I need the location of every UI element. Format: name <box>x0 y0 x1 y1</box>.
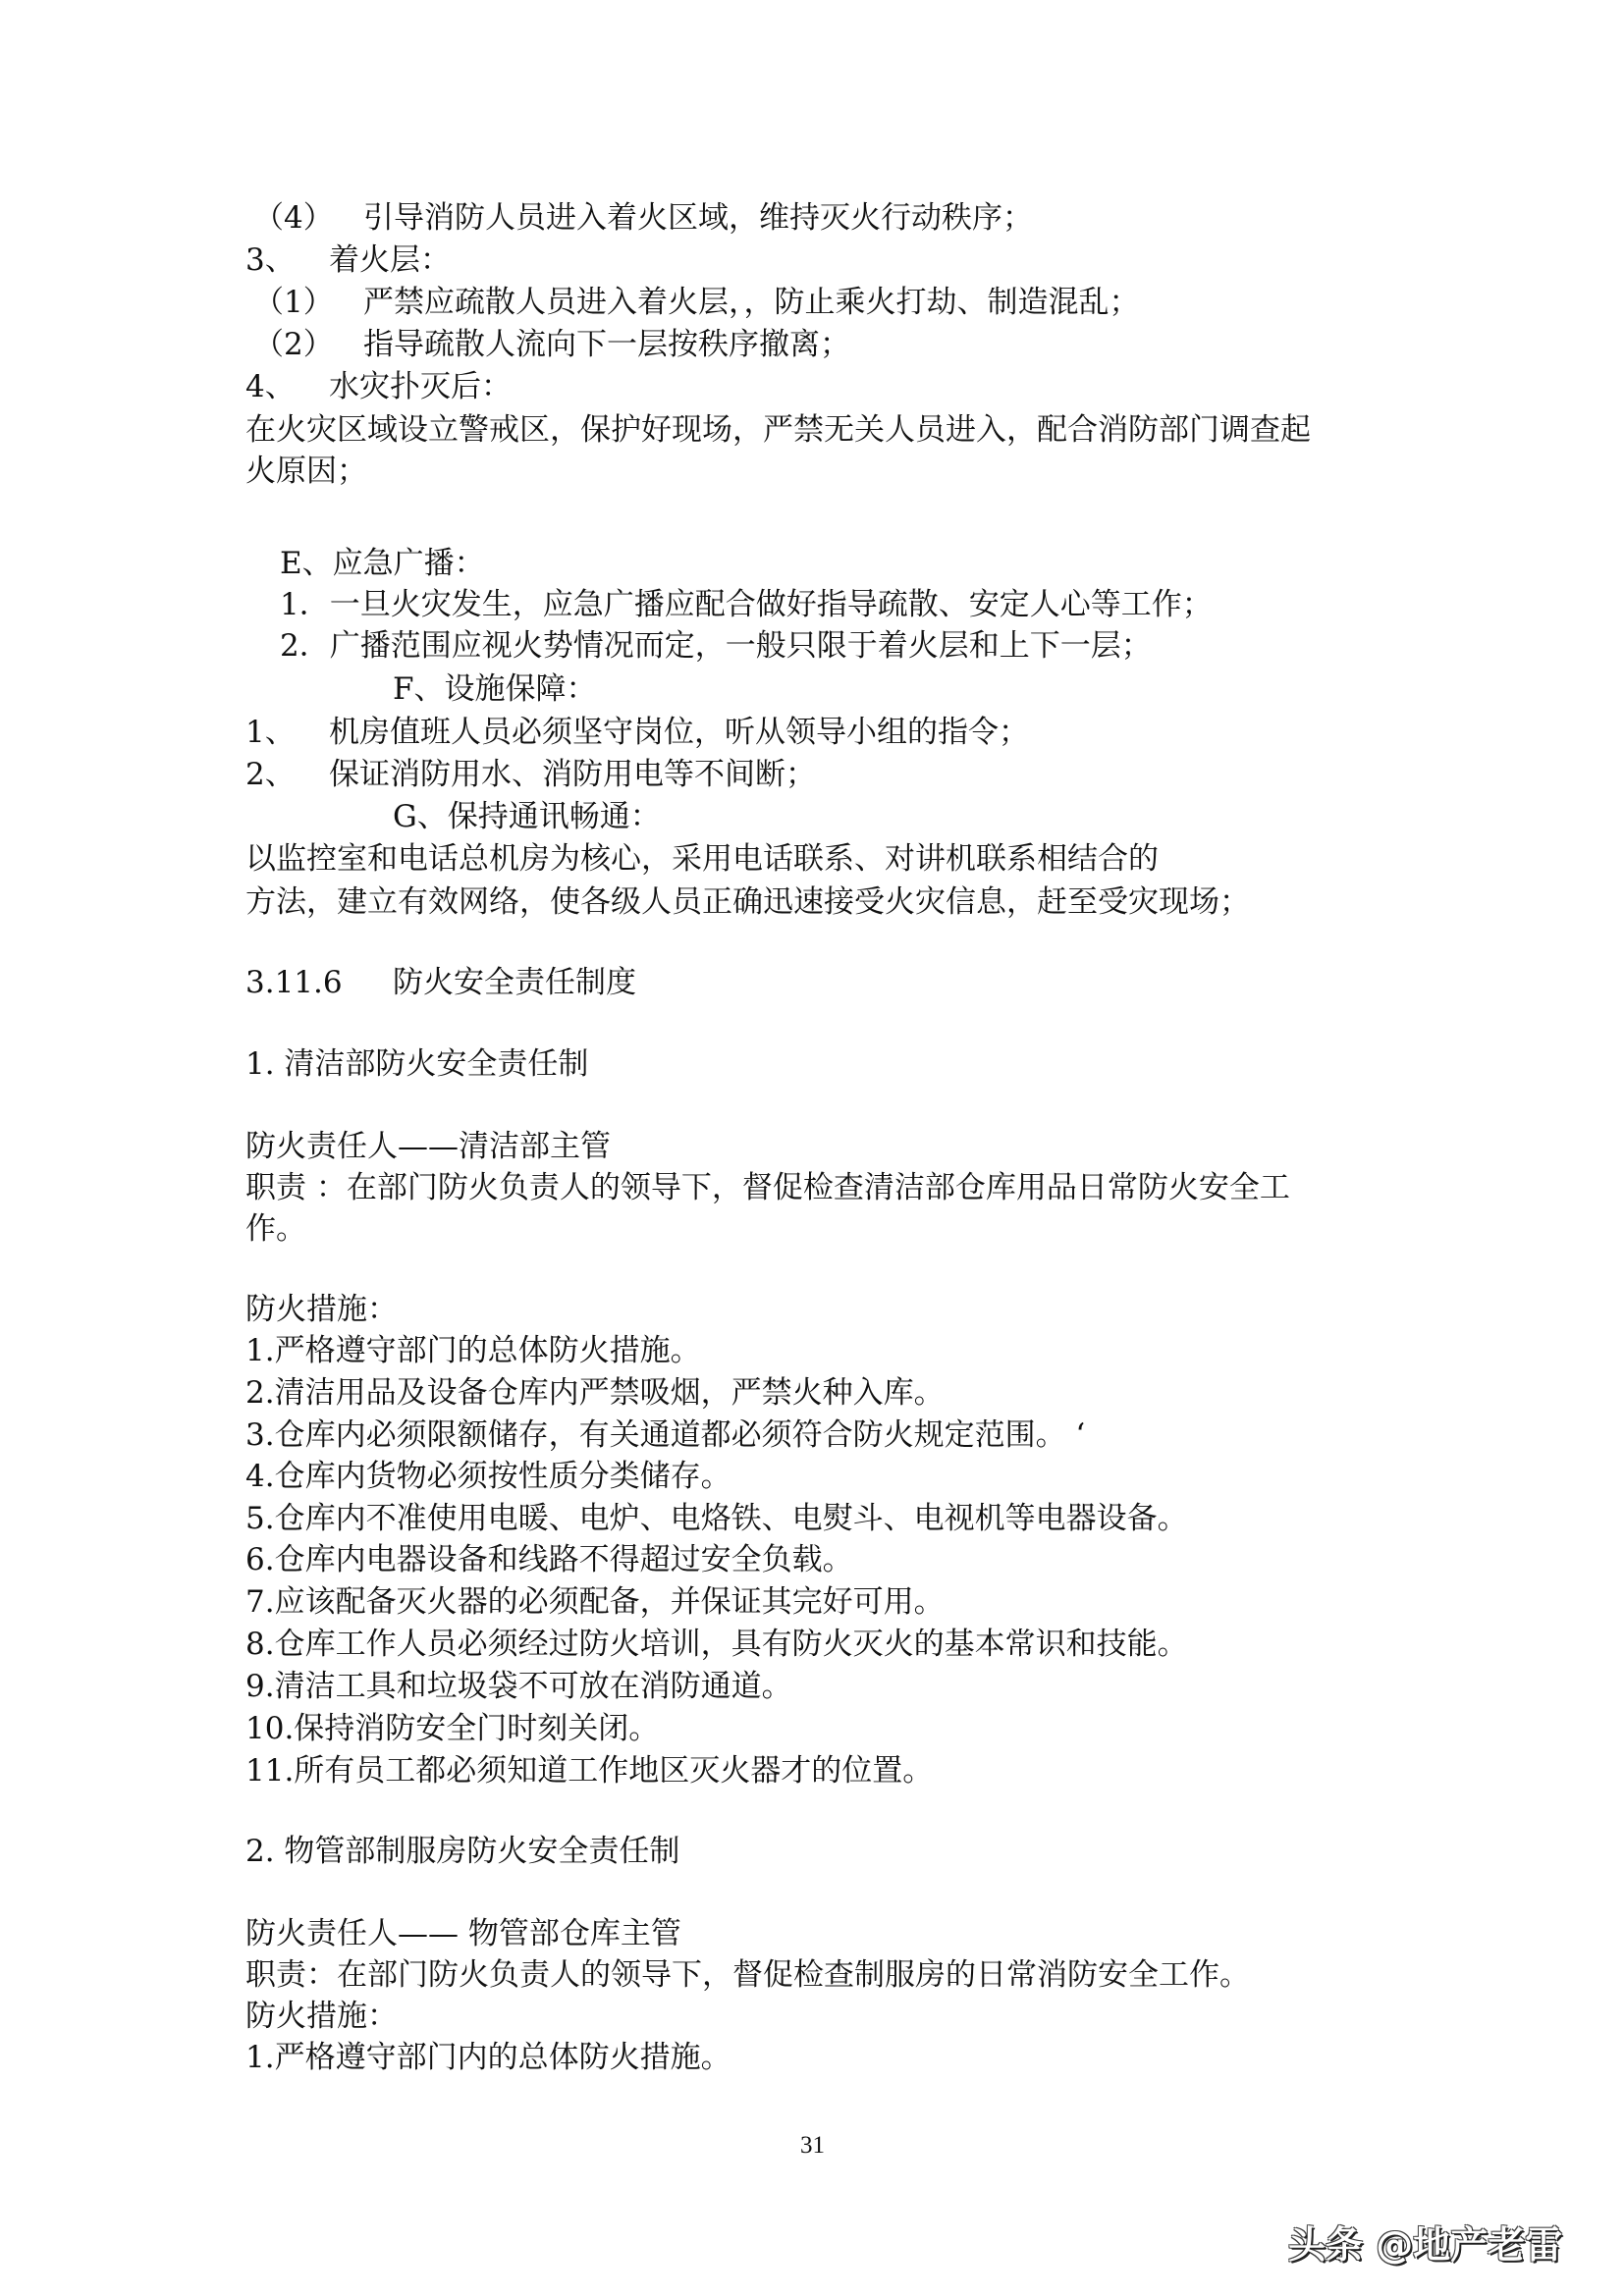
subsection-title-cleaning: 1. 清洁部防火安全责任制 <box>245 1046 588 1082</box>
paragraph-line: 火原因； <box>245 454 367 489</box>
paragraph-text: 防火责任人—— 物管部仓库主管 <box>245 1916 681 1951</box>
item-text: 严禁应疏散人员进入着火层，，防止乘火打劫、制造混乱； <box>363 285 1140 320</box>
list-item-guide-firefighters: （4）引导消防人员进入着火区域，维持灭火行动秩序； <box>253 200 1033 236</box>
item-label: 4、 <box>245 369 329 404</box>
paragraph-line: 以监控室和电话总机房为核心，采用电话联系、对讲机联系相结合的 <box>245 841 1159 877</box>
heading-fire-floor: 3、着火层： <box>245 242 451 278</box>
measure-item: 8.仓库工作人员必须经过防火培训，具有防火灭火的基本常识和技能。 <box>245 1627 1188 1662</box>
list-item: 2．广播范围应视火势情况而定，一般只限于着火层和上下一层； <box>280 628 1152 664</box>
item-text: 引导消防人员进入着火区域，维持灭火行动秩序； <box>363 200 1033 236</box>
item-label: 1、 <box>245 715 329 750</box>
heading-text: 防火措施： <box>245 1292 398 1327</box>
paragraph-text: 在火灾区域设立警戒区，保护好现场，严禁无关人员进入，配合消防部门调查起 <box>245 412 1311 448</box>
item-label: （2） <box>253 327 363 362</box>
paragraph-text: 火原因； <box>245 454 367 489</box>
paragraph-text: 以监控室和电话总机房为核心，采用电话联系、对讲机联系相结合的 <box>245 841 1159 877</box>
section-title-fire-safety-system: 3.11.6防火安全责任制度 <box>245 965 636 1000</box>
measure-item: 9.清洁工具和垃圾袋不可放在消防通道。 <box>245 1669 792 1704</box>
item-text: 5.仓库内不准使用电暖、电炉、电烙铁、电熨斗、电视机等电器设备。 <box>245 1501 1188 1536</box>
measure-item: 6.仓库内电器设备和线路不得超过安全负载。 <box>245 1542 853 1577</box>
list-item-no-entry: （1）严禁应疏散人员进入着火层，，防止乘火打劫、制造混乱； <box>253 285 1140 320</box>
item-text: 水灾扑灭后： <box>329 369 512 404</box>
measure-item: 5.仓库内不准使用电暖、电炉、电烙铁、电熨斗、电视机等电器设备。 <box>245 1501 1188 1536</box>
paragraph-text: 作。 <box>245 1211 306 1247</box>
item-text: 9.清洁工具和垃圾袋不可放在消防通道。 <box>245 1669 792 1704</box>
item-text: 8.仓库工作人员必须经过防火培训，具有防火灭火的基本常识和技能。 <box>245 1627 1188 1662</box>
heading-text: E、应急广播： <box>280 546 485 581</box>
item-text: 1．一旦火灾发生，应急广播应配合做好指导疏散、安定人心等工作； <box>280 587 1213 622</box>
measure-item: 11.所有员工都必须知道工作地区灭火器才的位置。 <box>245 1753 933 1789</box>
item-text: 6.仓库内电器设备和线路不得超过安全负载。 <box>245 1542 853 1577</box>
subsection-title-uniform-room: 2. 物管部制服房防火安全责任制 <box>245 1834 679 1869</box>
section-heading-emergency-broadcast: E、应急广播： <box>280 546 485 581</box>
paragraph-text: 防火责任人——清洁部主管 <box>245 1129 611 1164</box>
page-number: 31 <box>800 2132 825 2160</box>
section-heading-facility-guarantee: F、设施保障： <box>393 671 597 707</box>
section-title-text: 防火安全责任制度 <box>393 965 636 1000</box>
measure-item: 4.仓库内货物必须按性质分类储存。 <box>245 1459 731 1494</box>
list-item: 2、保证消防用水、消防用电等不间断； <box>245 757 816 792</box>
duty-line: 作。 <box>245 1211 306 1247</box>
item-text: 7.应该配备灭火器的必须配备，并保证其完好可用。 <box>245 1584 945 1620</box>
item-text: 4.仓库内货物必须按性质分类储存。 <box>245 1459 731 1494</box>
item-text: 10.保持消防安全门时刻关闭。 <box>245 1711 659 1746</box>
paragraph-text: 方法，建立有效网络，使各级人员正确迅速接受火灾信息，赶至受灾现场； <box>245 884 1250 920</box>
paragraph-text: 职责：在部门防火负责人的领导下，督促检查制服房的日常消防安全工作。 <box>245 1957 1250 1993</box>
paragraph-text: 职责 ：在部门防火负责人的领导下，督促检查清洁部仓库用品日常防火安全工 <box>245 1170 1290 1205</box>
item-text: 2.清洁用品及设备仓库内严禁吸烟，严禁火种入库。 <box>245 1375 945 1411</box>
measure-item: 1.严格遵守部门的总体防火措施。 <box>245 1333 701 1368</box>
measure-item: 2.清洁用品及设备仓库内严禁吸烟，严禁火种入库。 <box>245 1375 945 1411</box>
measure-item: 7.应该配备灭火器的必须配备，并保证其完好可用。 <box>245 1584 945 1620</box>
measures-heading: 防火措施： <box>245 1292 398 1327</box>
item-text: 1.严格遵守部门内的总体防火措施。 <box>245 2040 731 2075</box>
paragraph-line: 在火灾区域设立警戒区，保护好现场，严禁无关人员进入，配合消防部门调查起 <box>245 412 1311 448</box>
item-text: 3.仓库内必须限额储存，有关通道都必须符合防火规定范围。 ‘ <box>245 1417 1085 1453</box>
list-item-guide-evacuation: （2）指导疏散人流向下一层按秩序撤离； <box>253 327 850 362</box>
item-text: 1.严格遵守部门的总体防火措施。 <box>245 1333 701 1368</box>
item-text: 着火层： <box>329 242 451 278</box>
list-item: 1、机房值班人员必须坚守岗位，听从领导小组的指令； <box>245 715 1029 750</box>
heading-text: G、保持通讯畅通： <box>393 799 661 834</box>
duty-line: 职责：在部门防火负责人的领导下，督促检查制服房的日常消防安全工作。 <box>245 1957 1250 1993</box>
section-heading-communication: G、保持通讯畅通： <box>393 799 661 834</box>
item-label: （4） <box>253 200 363 236</box>
item-text: 保证消防用水、消防用电等不间断； <box>329 757 816 792</box>
heading-after-fire: 4、水灾扑灭后： <box>245 369 512 404</box>
item-text: 11.所有员工都必须知道工作地区灭火器才的位置。 <box>245 1753 933 1789</box>
heading-text: 1. 清洁部防火安全责任制 <box>245 1046 588 1082</box>
item-label: （1） <box>253 285 363 320</box>
item-text: 指导疏散人流向下一层按秩序撤离； <box>363 327 850 362</box>
watermark: 头条 @地产老雷 <box>1288 2215 1562 2269</box>
measure-item: 10.保持消防安全门时刻关闭。 <box>245 1711 659 1746</box>
responsible-person: 防火责任人——清洁部主管 <box>245 1129 611 1164</box>
measure-item: 3.仓库内必须限额储存，有关通道都必须符合防火规定范围。 ‘ <box>245 1417 1085 1453</box>
item-text: 2．广播范围应视火势情况而定，一般只限于着火层和上下一层； <box>280 628 1152 664</box>
item-text: 机房值班人员必须坚守岗位，听从领导小组的指令； <box>329 715 1029 750</box>
heading-text: 2. 物管部制服房防火安全责任制 <box>245 1834 679 1869</box>
document-page: （4）引导消防人员进入着火区域，维持灭火行动秩序； 3、着火层： （1）严禁应疏… <box>0 0 1624 2296</box>
item-label: 2、 <box>245 757 329 792</box>
measures-heading: 防火措施： <box>245 1999 398 2034</box>
heading-text: 防火措施： <box>245 1999 398 2034</box>
duty-line: 职责 ：在部门防火负责人的领导下，督促检查清洁部仓库用品日常防火安全工 <box>245 1170 1290 1205</box>
paragraph-line: 方法，建立有效网络，使各级人员正确迅速接受火灾信息，赶至受灾现场； <box>245 884 1250 920</box>
heading-text: F、设施保障： <box>393 671 597 707</box>
item-label: 3、 <box>245 242 329 278</box>
responsible-person: 防火责任人—— 物管部仓库主管 <box>245 1916 681 1951</box>
list-item: 1．一旦火灾发生，应急广播应配合做好指导疏散、安定人心等工作； <box>280 587 1213 622</box>
measure-item: 1.严格遵守部门内的总体防火措施。 <box>245 2040 731 2075</box>
section-number: 3.11.6 <box>245 965 393 1000</box>
